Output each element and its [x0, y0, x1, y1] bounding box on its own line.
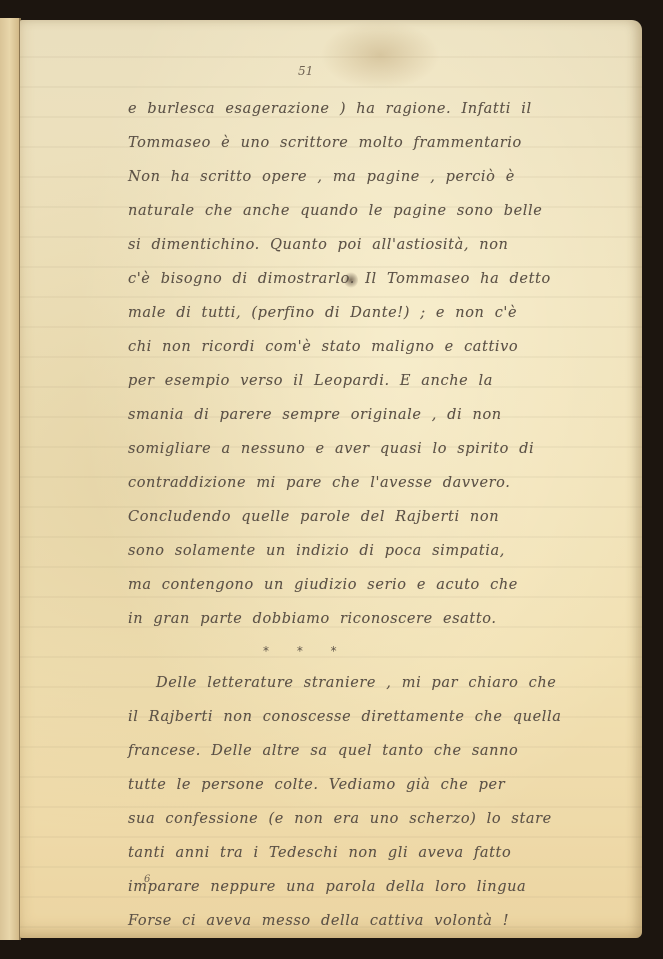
page-number: 51: [298, 64, 313, 78]
signature-mark: 6: [144, 874, 150, 885]
text-line: Concludendo quelle parole del Rajberti n…: [128, 500, 628, 534]
text-line: c'è bisogno di dimostrarlo. Il Tommaseo …: [128, 262, 628, 296]
text-line: si dimentichino. Quanto poi all'astiosit…: [128, 228, 628, 262]
text-line: sua confessione (e non era uno scherzo) …: [128, 802, 628, 836]
text-line: Non ha scritto opere , ma pagine , perci…: [128, 160, 628, 194]
text-line: per esempio verso il Leopardi. E anche l…: [128, 364, 628, 398]
text-line: sono solamente un indizio di poca simpat…: [128, 534, 628, 568]
section-separator: * * *: [128, 636, 628, 666]
handwritten-text: e burlesca esagerazione ) ha ragione. In…: [128, 92, 628, 938]
text-line: smania di parere sempre originale , di n…: [128, 398, 628, 432]
adjacent-page-edge: [0, 18, 21, 940]
text-line: somigliare a nessuno e aver quasi lo spi…: [128, 432, 628, 466]
text-line: e burlesca esagerazione ) ha ragione. In…: [128, 92, 628, 126]
text-line: ma contengono un giudizio serio e acuto …: [128, 568, 628, 602]
manuscript-scan: 51 e burlesca esagerazione ) ha ragione.…: [0, 0, 663, 959]
text-line: Tommaseo è uno scrittore molto frammenta…: [128, 126, 628, 160]
text-line: tutte le persone colte. Vediamo già che …: [128, 768, 628, 802]
text-line: naturale che anche quando le pagine sono…: [128, 194, 628, 228]
water-stain: [320, 20, 440, 90]
text-line: imparare neppure una parola della loro l…: [128, 870, 628, 904]
text-line: Delle letterature straniere , mi par chi…: [128, 666, 628, 700]
text-line: il Rajberti non conoscesse direttamente …: [128, 700, 628, 734]
text-line: tanti anni tra i Tedeschi non gli aveva …: [128, 836, 628, 870]
text-line: male di tutti, (perfino di Dante!) ; e n…: [128, 296, 628, 330]
text-line: chi non ricordi com'è stato maligno e ca…: [128, 330, 628, 364]
text-line: francese. Delle altre sa quel tanto che …: [128, 734, 628, 768]
text-line: contraddizione mi pare che l'avesse davv…: [128, 466, 628, 500]
manuscript-page: 51 e burlesca esagerazione ) ha ragione.…: [20, 20, 642, 938]
text-line: Forse ci aveva messo della cattiva volon…: [128, 904, 628, 938]
text-line: in gran parte dobbiamo riconoscere esatt…: [128, 602, 628, 636]
